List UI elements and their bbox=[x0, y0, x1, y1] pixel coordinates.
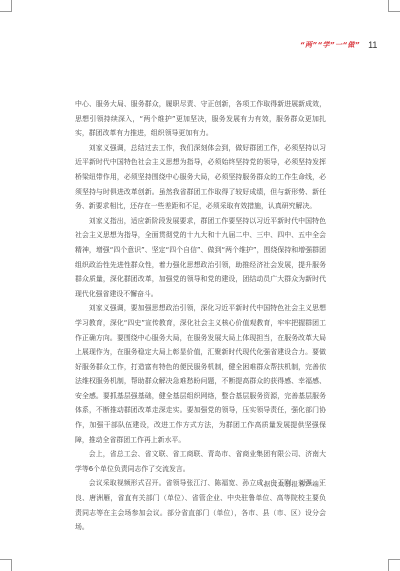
paragraph-3: 刘家义指出，适应新阶段发展要求，群团工作要坚持以习近平新时代中国特色社会主义思想… bbox=[75, 214, 326, 302]
crop-mark-top-right bbox=[388, 0, 400, 12]
paragraph-1: 中心、服务大局、服务群众，履职尽责、守正创新，各项工作取得新进展新成效，思想引领… bbox=[75, 97, 326, 141]
page-header: “两”“学”一“做” 11 bbox=[300, 40, 377, 50]
crop-mark-top-left bbox=[0, 0, 12, 12]
page-number: 11 bbox=[368, 40, 377, 50]
paragraph-4: 刘家义强调，要加强思想政治引领，深化习近平新时代中国特色社会主义思想学习教育，深… bbox=[75, 301, 326, 447]
article-body: 中心、服务大局、服务群众，履职尽责、守正创新，各项工作取得新进展新成效，思想引领… bbox=[75, 97, 326, 535]
paragraph-2: 刘家义强调，总结过去工作，我们深刻体会到，做好群团工作，必须坚持以习近平新时代中… bbox=[75, 141, 326, 214]
paragraph-5: 会上，省总工会、省文联、省工商联、青岛市、省商业集团有限公司、济南大学等6个单位… bbox=[75, 447, 326, 476]
publication-logo: “两”“学”一“做” bbox=[300, 40, 360, 50]
crop-mark-bottom-left bbox=[0, 559, 12, 571]
crop-mark-bottom-right bbox=[388, 559, 400, 571]
source-attribution: （据大众日报客户端） bbox=[75, 479, 326, 488]
